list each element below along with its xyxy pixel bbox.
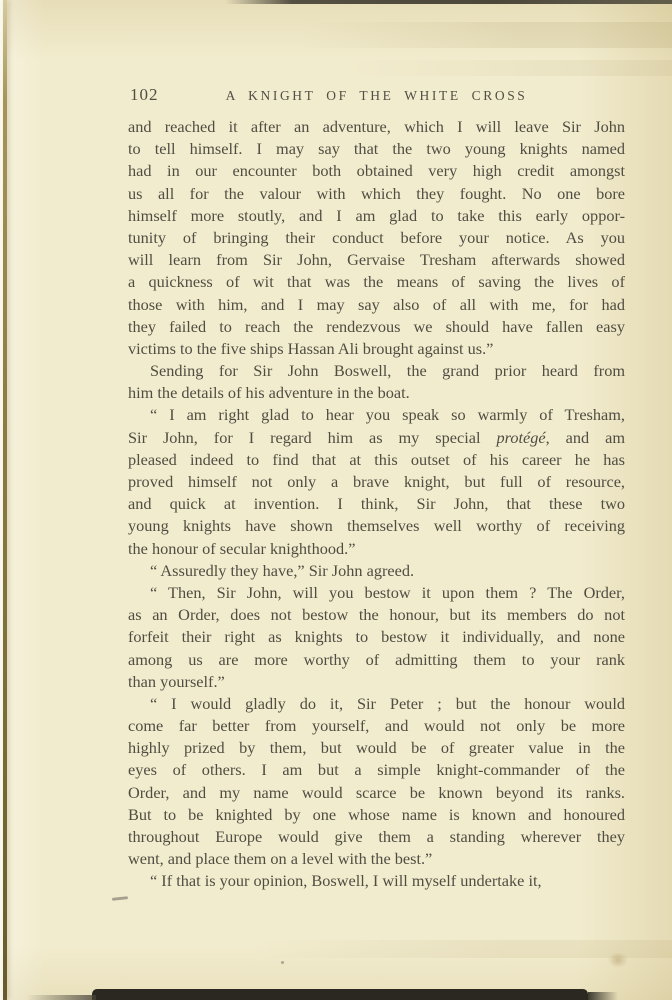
text-run: “ If that is your opinion, Boswell, I wi… xyxy=(150,871,542,890)
text-run: young knights have shown themselves well… xyxy=(128,516,625,535)
text-line: they failed to reach the rendezvous we s… xyxy=(128,316,625,338)
text-run: those with him, and I may say also of al… xyxy=(128,295,625,314)
running-title: A KNIGHT OF THE WHITE CROSS xyxy=(128,85,625,104)
text-run: than yourself.” xyxy=(128,672,225,691)
italic-word: protégé xyxy=(496,428,545,447)
text-run: But to be knighted by one whose name is … xyxy=(128,805,625,824)
page-top-edge-shadow xyxy=(225,0,672,4)
text-run: throughout Europe would give them a stan… xyxy=(128,827,625,846)
text-line: among us are more worthy of admitting th… xyxy=(128,649,625,671)
text-line: those with him, and I may say also of al… xyxy=(128,294,625,316)
book-page: 102 A KNIGHT OF THE WHITE CROSS and reac… xyxy=(0,0,672,1000)
text-run: and quick at invention. I think, Sir Joh… xyxy=(128,494,625,513)
page-text: and reached it after an adventure, which… xyxy=(128,116,625,893)
text-line: proved himself not only a brave knight, … xyxy=(128,471,625,493)
text-line: the honour of secular knighthood.” xyxy=(128,538,625,560)
text-run: proved himself not only a brave knight, … xyxy=(128,472,625,491)
text-run: pleased indeed to find that at this outs… xyxy=(128,450,625,469)
text-run: us all for the valour with which they fo… xyxy=(128,184,625,203)
text-line: and reached it after an adventure, which… xyxy=(128,116,625,138)
text-run: they failed to reach the rendezvous we s… xyxy=(128,317,625,336)
running-header: 102 A KNIGHT OF THE WHITE CROSS xyxy=(128,85,625,107)
text-line: “ Assuredly they have,” Sir John agreed. xyxy=(128,560,625,582)
scan-streak xyxy=(340,60,672,76)
text-run: highly prized by them, but would be of g… xyxy=(128,738,625,757)
text-line: than yourself.” xyxy=(128,671,625,693)
text-run: and reached it after an adventure, which… xyxy=(128,117,625,136)
paper-smudge xyxy=(608,952,628,968)
text-line: as an Order, does not bestow the honour,… xyxy=(128,604,625,626)
page-number: 102 xyxy=(130,85,159,105)
text-line: himself more stoutly, and I am glad to t… xyxy=(128,205,625,227)
text-line: “ I am right glad to hear you speak so w… xyxy=(128,404,625,426)
text-run: went, and place them on a level with the… xyxy=(128,849,432,868)
text-line: tunity of bringing their conduct before … xyxy=(128,227,625,249)
text-run: a quickness of wit that was the means of… xyxy=(128,272,625,291)
text-line: come far better from yourself, and would… xyxy=(128,715,625,737)
page-bottom-edge-shadow-right xyxy=(588,992,618,1000)
text-line: us all for the valour with which they fo… xyxy=(128,183,625,205)
text-run: to tell himself. I may say that the two … xyxy=(128,139,625,158)
text-run: eyes of others. I am but a simple knight… xyxy=(128,760,625,779)
text-line: eyes of others. I am but a simple knight… xyxy=(128,759,625,781)
text-line: pleased indeed to find that at this outs… xyxy=(128,449,625,471)
text-run: as an Order, does not bestow the honour,… xyxy=(128,605,625,624)
text-run: “ Then, Sir John, will you bestow it upo… xyxy=(150,583,625,602)
text-run: the honour of secular knighthood.” xyxy=(128,539,355,558)
text-line: throughout Europe would give them a stan… xyxy=(128,826,625,848)
text-line: highly prized by them, but would be of g… xyxy=(128,737,625,759)
text-run: among us are more worthy of admitting th… xyxy=(128,650,625,669)
text-line: young knights have shown themselves well… xyxy=(128,515,625,537)
text-run: Sir John, for I regard him as my special xyxy=(128,428,496,447)
text-run: come far better from yourself, and would… xyxy=(128,716,625,735)
text-run: tunity of bringing their conduct before … xyxy=(128,228,625,247)
scan-streak xyxy=(300,22,672,48)
text-line: But to be knighted by one whose name is … xyxy=(128,804,625,826)
text-line: a quickness of wit that was the means of… xyxy=(128,271,625,293)
text-run: will learn from Sir John, Gervaise Tresh… xyxy=(128,250,625,269)
text-run: forfeit their right as knights to bestow… xyxy=(128,627,625,646)
text-line: “ If that is your opinion, Boswell, I wi… xyxy=(128,870,625,892)
page-left-edge-shadow xyxy=(3,0,7,1000)
text-line: Order, and my name would scarce be known… xyxy=(128,782,625,804)
text-line: had in our encounter both obtained very … xyxy=(128,160,625,182)
text-line: him the details of his adventure in the … xyxy=(128,382,625,404)
text-line: and quick at invention. I think, Sir Joh… xyxy=(128,493,625,515)
text-line: Sir John, for I regard him as my special… xyxy=(128,427,625,449)
text-run: “ I am right glad to hear you speak so w… xyxy=(150,405,625,424)
text-run: “ Assuredly they have,” Sir John agreed. xyxy=(150,561,414,580)
text-run: had in our encounter both obtained very … xyxy=(128,161,625,180)
text-line: went, and place them on a level with the… xyxy=(128,848,625,870)
text-line: forfeit their right as knights to bestow… xyxy=(128,626,625,648)
text-run: , and am xyxy=(546,428,625,447)
text-run: Sending for Sir John Boswell, the grand … xyxy=(150,361,625,380)
text-line: to tell himself. I may say that the two … xyxy=(128,138,625,160)
text-line: victims to the five ships Hassan Ali bro… xyxy=(128,338,625,360)
text-run: victims to the five ships Hassan Ali bro… xyxy=(128,339,493,358)
text-run: him the details of his adventure in the … xyxy=(128,383,410,402)
text-line: Sending for Sir John Boswell, the grand … xyxy=(128,360,625,382)
text-line: will learn from Sir John, Gervaise Tresh… xyxy=(128,249,625,271)
text-line: “ I would gladly do it, Sir Peter ; but … xyxy=(128,693,625,715)
text-line: “ Then, Sir John, will you bestow it upo… xyxy=(128,582,625,604)
page-bottom-edge-shadow-left xyxy=(26,995,96,1000)
page-bottom-edge-shadow xyxy=(92,989,588,1000)
text-run: Order, and my name would scarce be known… xyxy=(128,783,625,802)
paper-speck xyxy=(281,961,284,964)
text-run: himself more stoutly, and I am glad to t… xyxy=(128,206,625,225)
pencil-mark xyxy=(112,896,128,901)
text-run: “ I would gladly do it, Sir Peter ; but … xyxy=(150,694,625,713)
